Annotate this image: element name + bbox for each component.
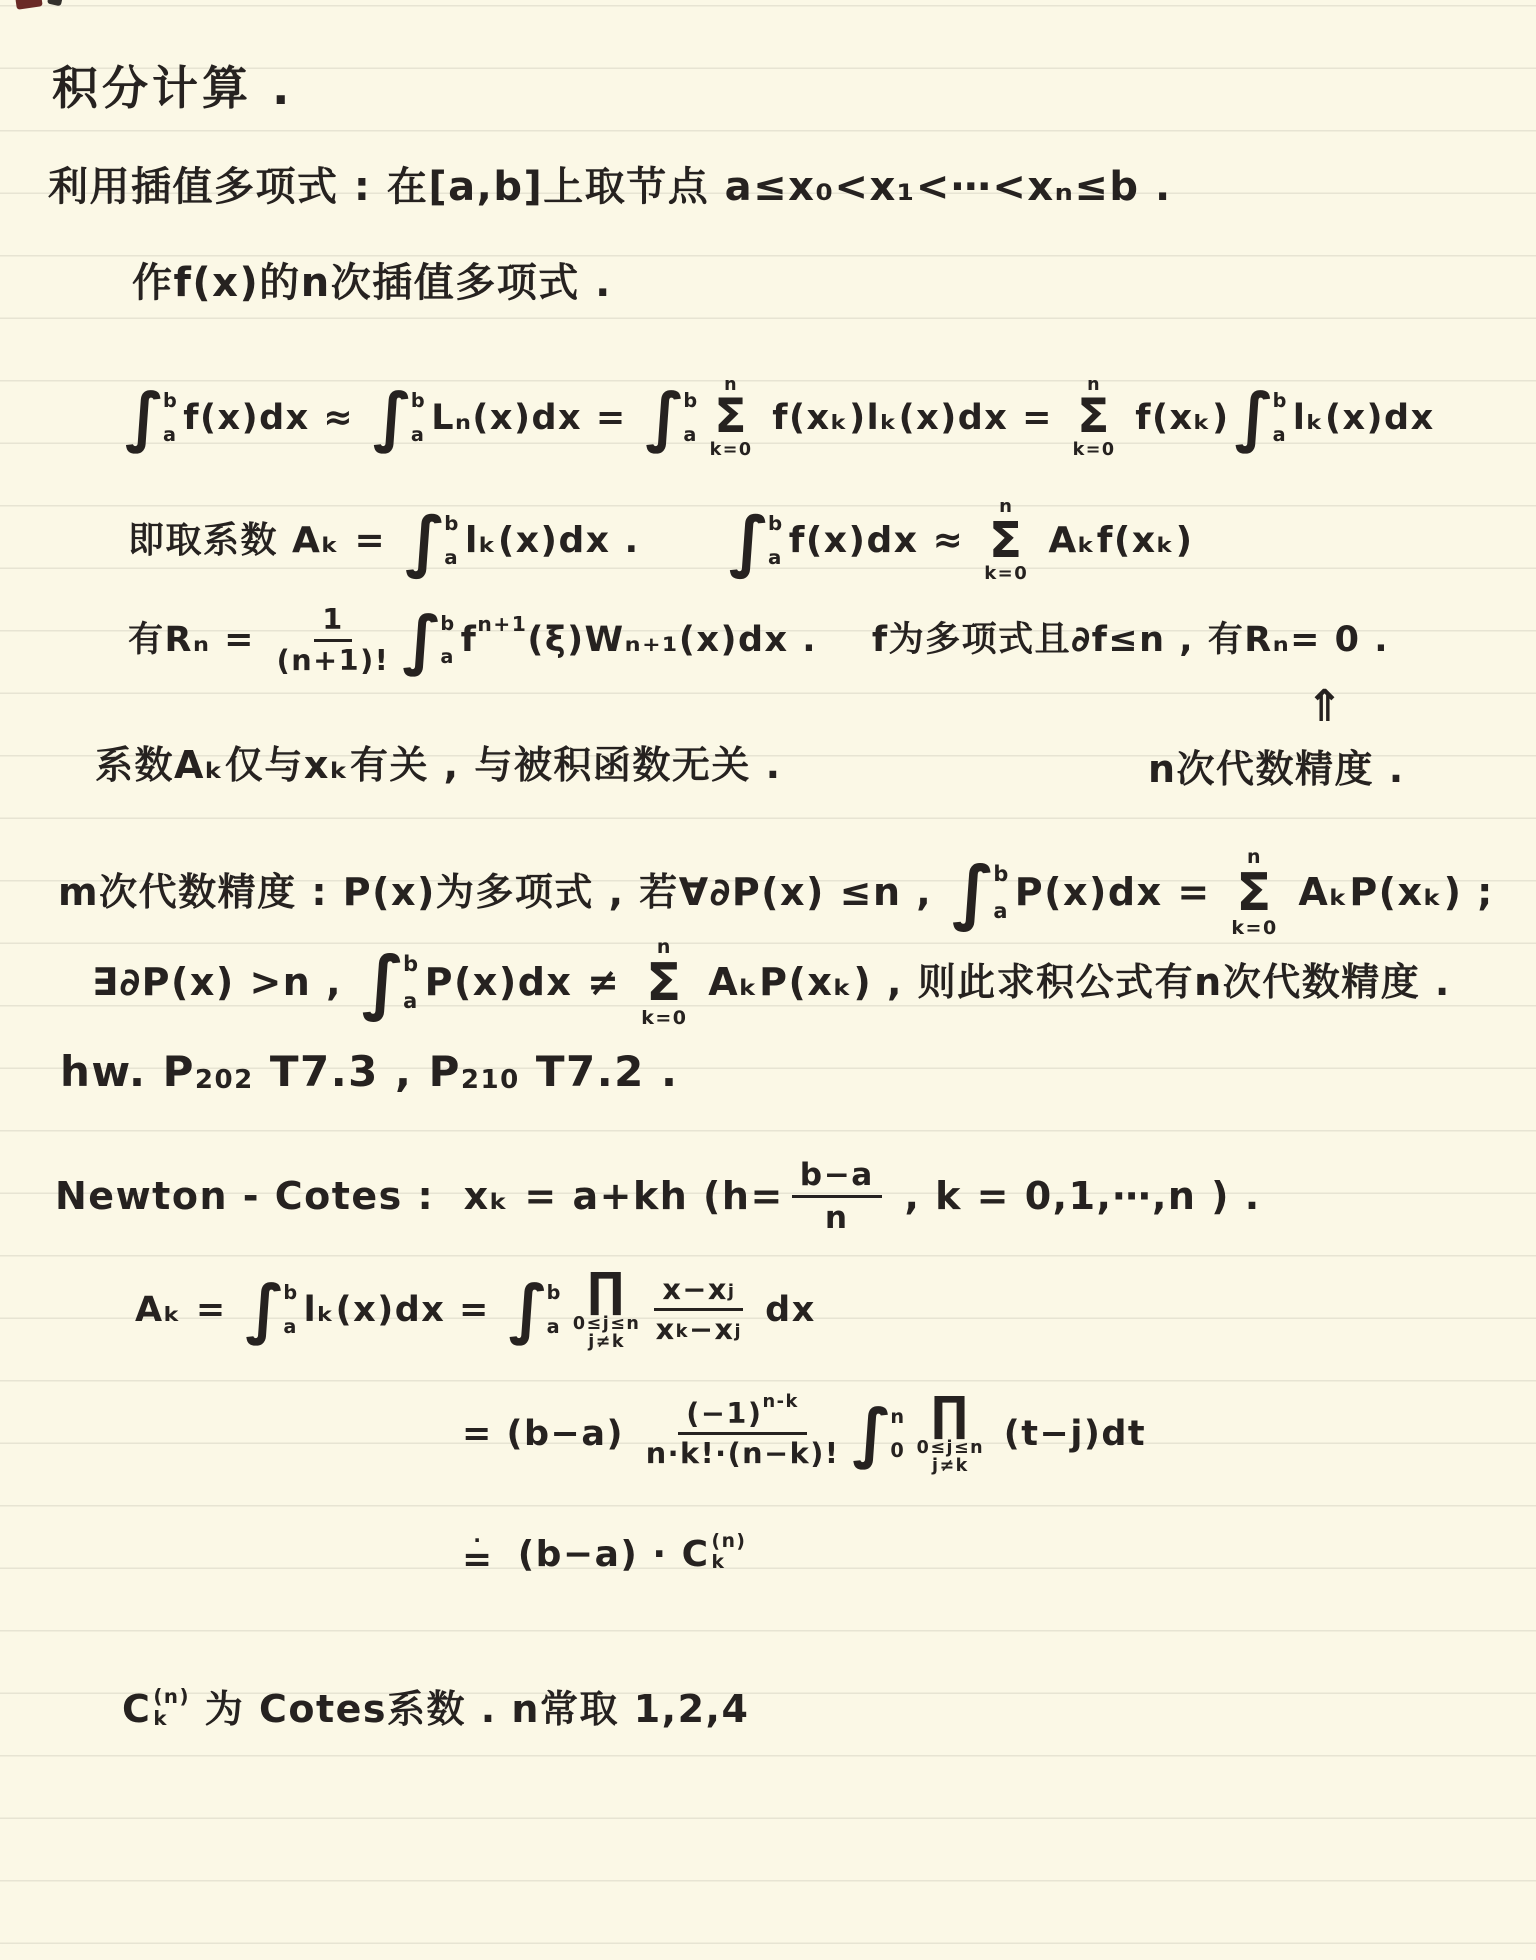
cotes-derivation-line-3: ·= (b−a) · C (n)k — [462, 1534, 746, 1575]
formula-token: , k = 0,1,⋯,n ) . — [890, 1175, 1261, 1219]
formula-token: P(x)dx = — [1015, 871, 1226, 915]
formula-token: 有Rₙ = — [128, 620, 269, 660]
formula-token: f(xₖ)lₖ(x)dx = — [759, 398, 1067, 438]
cotes-derivation-line-1: Aₖ = ∫ba lₖ(x)dx = ∫ba ∏0≤j≤nj≠k x−xjxk−… — [135, 1268, 816, 1352]
formula-token: = (b−a) — [462, 1414, 638, 1454]
formula-token: dx — [751, 1290, 815, 1330]
homework-token: T7.2 . — [520, 1048, 679, 1096]
summation: nΣk=0 — [1073, 376, 1116, 460]
summation: nΣk=0 — [710, 376, 753, 460]
intro-text-1: 利用插值多项式 : 在[a,b]上取节点 a≤x₀<x₁<⋯<xₙ≤b . — [48, 164, 1172, 210]
intro-line-2: 作f(x)的n次插值多项式 . — [132, 260, 612, 306]
fraction: 1(n+1)! — [277, 604, 390, 676]
formula-token: Lₙ(x)dx = — [431, 398, 640, 438]
formula-token: (ξ)Wₙ₊₁(x)dx . — [527, 620, 871, 660]
summation: nΣk=0 — [641, 938, 687, 1029]
formula-token: C — [682, 1534, 710, 1575]
note-text: n次代数精度 . — [1148, 748, 1405, 792]
subscript: 210 — [461, 1066, 520, 1096]
formula-token: Newton - Cotes : xₖ = a+kh (h= — [55, 1175, 784, 1219]
integral: ∫ba — [125, 390, 178, 445]
integral: ∫ba — [1235, 390, 1288, 445]
product: ∏0≤j≤nj≠k — [917, 1392, 984, 1476]
note-text: 系数Aₖ仅与xₖ有关 , 与被积函数无关 . — [95, 744, 782, 788]
formula-token: m次代数精度 : P(x)为多项式 , 若∀∂P(x) ≤n , — [58, 871, 947, 915]
integral: ∫ba — [362, 953, 420, 1013]
formula-token: lₖ(x)dx — [1293, 398, 1435, 438]
formula-token: C — [122, 1688, 151, 1732]
page-edge-mark — [15, 0, 42, 10]
integral: ∫n0 — [852, 1406, 905, 1461]
intro-line-1: 利用插值多项式 : 在[a,b]上取节点 a≤x₀<x₁<⋯<xₙ≤b . — [48, 164, 1172, 210]
coefficient-formula: 即取系数 Aₖ = ∫ba lₖ(x)dx . ∫ba f(x)dx ≈ nΣk… — [128, 498, 1194, 584]
integral: ∫ba — [245, 1282, 298, 1337]
intro-text-2: 作f(x)的n次插值多项式 . — [132, 260, 612, 306]
sup-sub: (n)k — [712, 1532, 747, 1573]
dot-equals: ·= — [462, 1536, 494, 1573]
sup-sub: (n)k — [153, 1686, 190, 1729]
formula-token: lₖ(x)dx . — [465, 520, 724, 561]
homework-line: hw. P 202 T7.3 , P 210 T7.2 . — [60, 1048, 678, 1096]
precision-def-line-2: ∃∂P(x) >n , ∫ba P(x)dx ≠ nΣk=0 AₖP(xₖ) ,… — [92, 938, 1451, 1029]
formula-token: f — [461, 620, 478, 660]
formula-token: f(x)dx ≈ — [183, 398, 368, 438]
formula-token: (t−j)dt — [990, 1414, 1146, 1454]
summation: nΣk=0 — [1231, 848, 1277, 939]
up-arrow-icon: ⇑ — [1306, 682, 1344, 733]
homework-token: T7.3 , P — [254, 1048, 461, 1096]
formula-token: (b−a) · — [504, 1534, 682, 1575]
fraction: x−xjxk−xj — [654, 1274, 743, 1346]
formula-token: Aₖf(xₖ) — [1034, 520, 1193, 561]
cotes-derivation-line-2: = (b−a) (−1)n-kn·k!·(n−k)! ∫n0 ∏0≤j≤nj≠k… — [462, 1392, 1146, 1476]
formula-token: 即取系数 Aₖ = — [128, 520, 400, 561]
integral: ∫ba — [645, 390, 698, 445]
interpolation-quadrature-formula: ∫ba f(x)dx ≈ ∫ba Lₙ(x)dx = ∫ba nΣk=0 f(x… — [120, 376, 1435, 460]
integral: ∫ba — [402, 613, 455, 668]
integral: ∫ba — [729, 513, 784, 570]
notebook-page: 积分计算 . 利用插值多项式 : 在[a,b]上取节点 a≤x₀<x₁<⋯<xₙ… — [0, 0, 1536, 1960]
title-text: 积分计算 . — [52, 62, 294, 115]
formula-token: Aₖ = — [135, 1290, 240, 1330]
newton-cotes-line: Newton - Cotes : xₖ = a+kh (h= b−an , k … — [55, 1158, 1261, 1236]
coefficient-note: 系数Aₖ仅与xₖ有关 , 与被积函数无关 . — [95, 744, 782, 788]
integral: ∫ba — [405, 513, 460, 570]
summation: nΣk=0 — [984, 498, 1028, 584]
cotes-footer: C (n)k 为 Cotes系数 . n常取 1,2,4 — [122, 1688, 749, 1732]
formula-token: AₖP(xₖ) , 则此求积公式有n次代数精度 . — [693, 961, 1450, 1005]
product: ∏0≤j≤nj≠k — [573, 1268, 640, 1352]
formula-token: f为多项式且∂f≤n , 有Rₙ= 0 . — [872, 620, 1389, 660]
footer-text: 为 Cotes系数 . n常取 1,2,4 — [190, 1688, 749, 1732]
page-edge-mark — [47, 0, 63, 6]
homework-token: hw. P — [60, 1048, 195, 1096]
precision-def-line-1: m次代数精度 : P(x)为多项式 , 若∀∂P(x) ≤n , ∫ba P(x… — [58, 848, 1494, 939]
page-title: 积分计算 . — [52, 62, 294, 115]
formula-token: f(xₖ) — [1122, 398, 1230, 438]
formula-token: f(x)dx ≈ — [789, 520, 979, 561]
fraction: (−1)n-kn·k!·(n−k)! — [646, 1398, 840, 1470]
fraction: b−an — [792, 1158, 882, 1236]
integral: ∫ba — [952, 863, 1010, 923]
remainder-formula: 有Rₙ = 1(n+1)! ∫ba f n+1 (ξ)Wₙ₊₁(x)dx . f… — [128, 604, 1389, 676]
integral: ∫ba — [373, 390, 426, 445]
formula-token: ∃∂P(x) >n , — [92, 961, 357, 1005]
formula-token: lₖ(x)dx = — [304, 1290, 504, 1330]
formula-token: P(x)dx ≠ — [425, 961, 636, 1005]
subscript: 202 — [195, 1066, 254, 1096]
integral: ∫ba — [509, 1282, 562, 1337]
formula-token: AₖP(xₖ) ; — [1284, 871, 1494, 915]
algebraic-precision-label: n次代数精度 . — [1148, 748, 1405, 792]
superscript: n+1 — [477, 613, 527, 636]
